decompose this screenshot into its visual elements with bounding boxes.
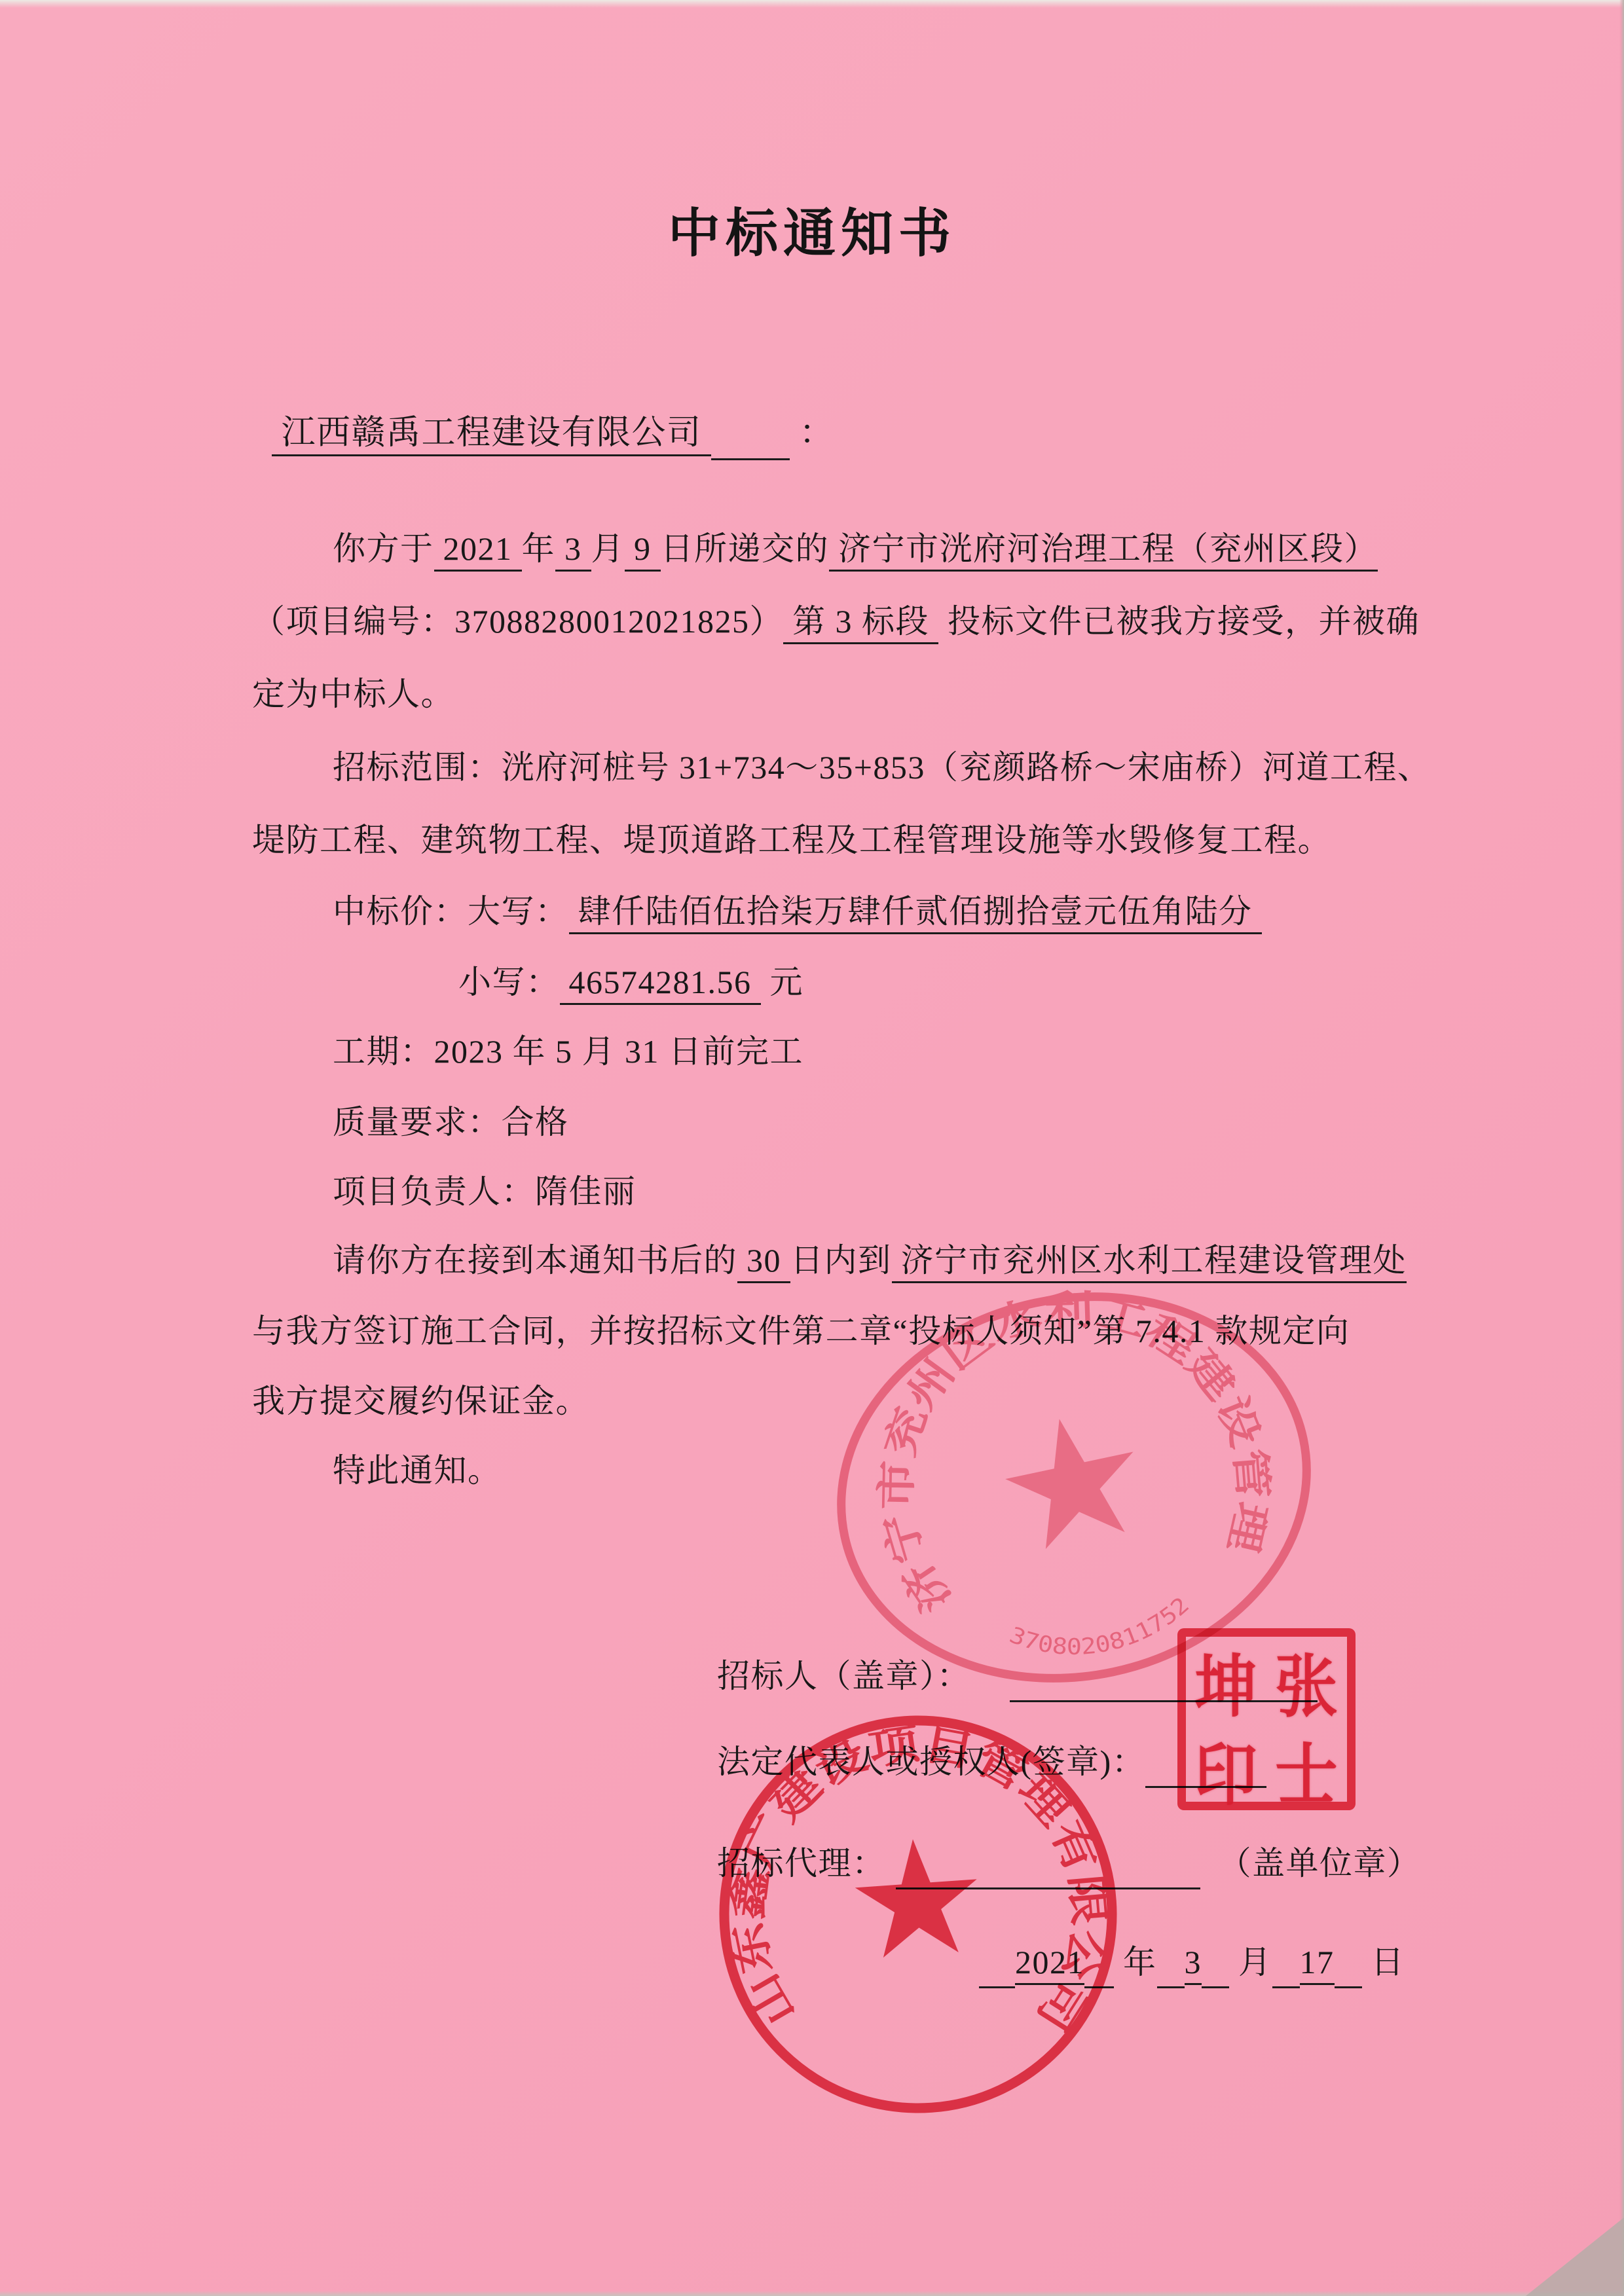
date-line: 2021 年 3 月 17 日 [979,1941,1405,1988]
body-line-12: 与我方签订施工合同，并按招标文件第二章“投标人须知”第 7.4.1 款规定向 [252,1310,1350,1353]
body-line-13: 我方提交履约保证金。 [252,1380,589,1423]
body-line-14: 特此通知。 [333,1449,502,1492]
body-line-7: 小写： 46574281.56 元 [458,961,803,1004]
body-line-8: 工期：2023 年 5 月 31 日前完工 [333,1030,803,1073]
seal-char-bottom-right: 士 [1276,1721,1338,1818]
document-title: 中标通知书 [0,191,1624,266]
agency-signature-line: 招标代理： （盖单位章） [717,1842,1421,1889]
body-line-2: （项目编号：37088280012021825） 第 3 标段 投标文件已被我方… [252,600,1420,643]
scan-edge-bottom [0,2291,1624,2296]
tenderee-signature-line: 招标人（盖章）： [717,1655,1318,1702]
body-line-4: 招标范围：洸府河桩号 31+734～35+853（兖颜路桥～宋庙桥）河道工程、 [333,746,1431,789]
scanned-document-page: 中标通知书 江西赣禹工程建设有限公司 ： 你方于 2021 年 3 月 9 日所… [0,0,1624,2296]
scan-edge-top [0,0,1624,8]
body-line-10: 项目负责人：隋佳丽 [333,1171,637,1213]
body-line-5: 堤防工程、建筑物工程、堤顶道路工程及工程管理设施等水毁修复工程。 [252,819,1331,862]
body-line-6: 中标价：大写： 肆仟陆佰伍拾柒万肆仟贰佰捌拾壹元伍角陆分 [333,890,1262,933]
body-line-3: 定为中标人。 [252,673,454,716]
scan-edge-right [1619,0,1624,2296]
representative-signature-line: 法定代表人或授权人(签章)： [717,1741,1266,1788]
star-icon [995,1406,1149,1554]
body-line-1: 你方于 2021 年 3 月 9 日所递交的 济宁市洸府河治理工程（兖州区段） [333,528,1378,570]
body-line-11: 请你方在接到本通知书后的 30 日内到 济宁市兖州区水利工程建设管理处 [333,1239,1407,1282]
salutation-line: 江西赣禹工程建设有限公司 ： [272,411,834,460]
body-line-9: 质量要求：合格 [333,1101,569,1144]
scan-corner-fold [1526,2217,1624,2296]
